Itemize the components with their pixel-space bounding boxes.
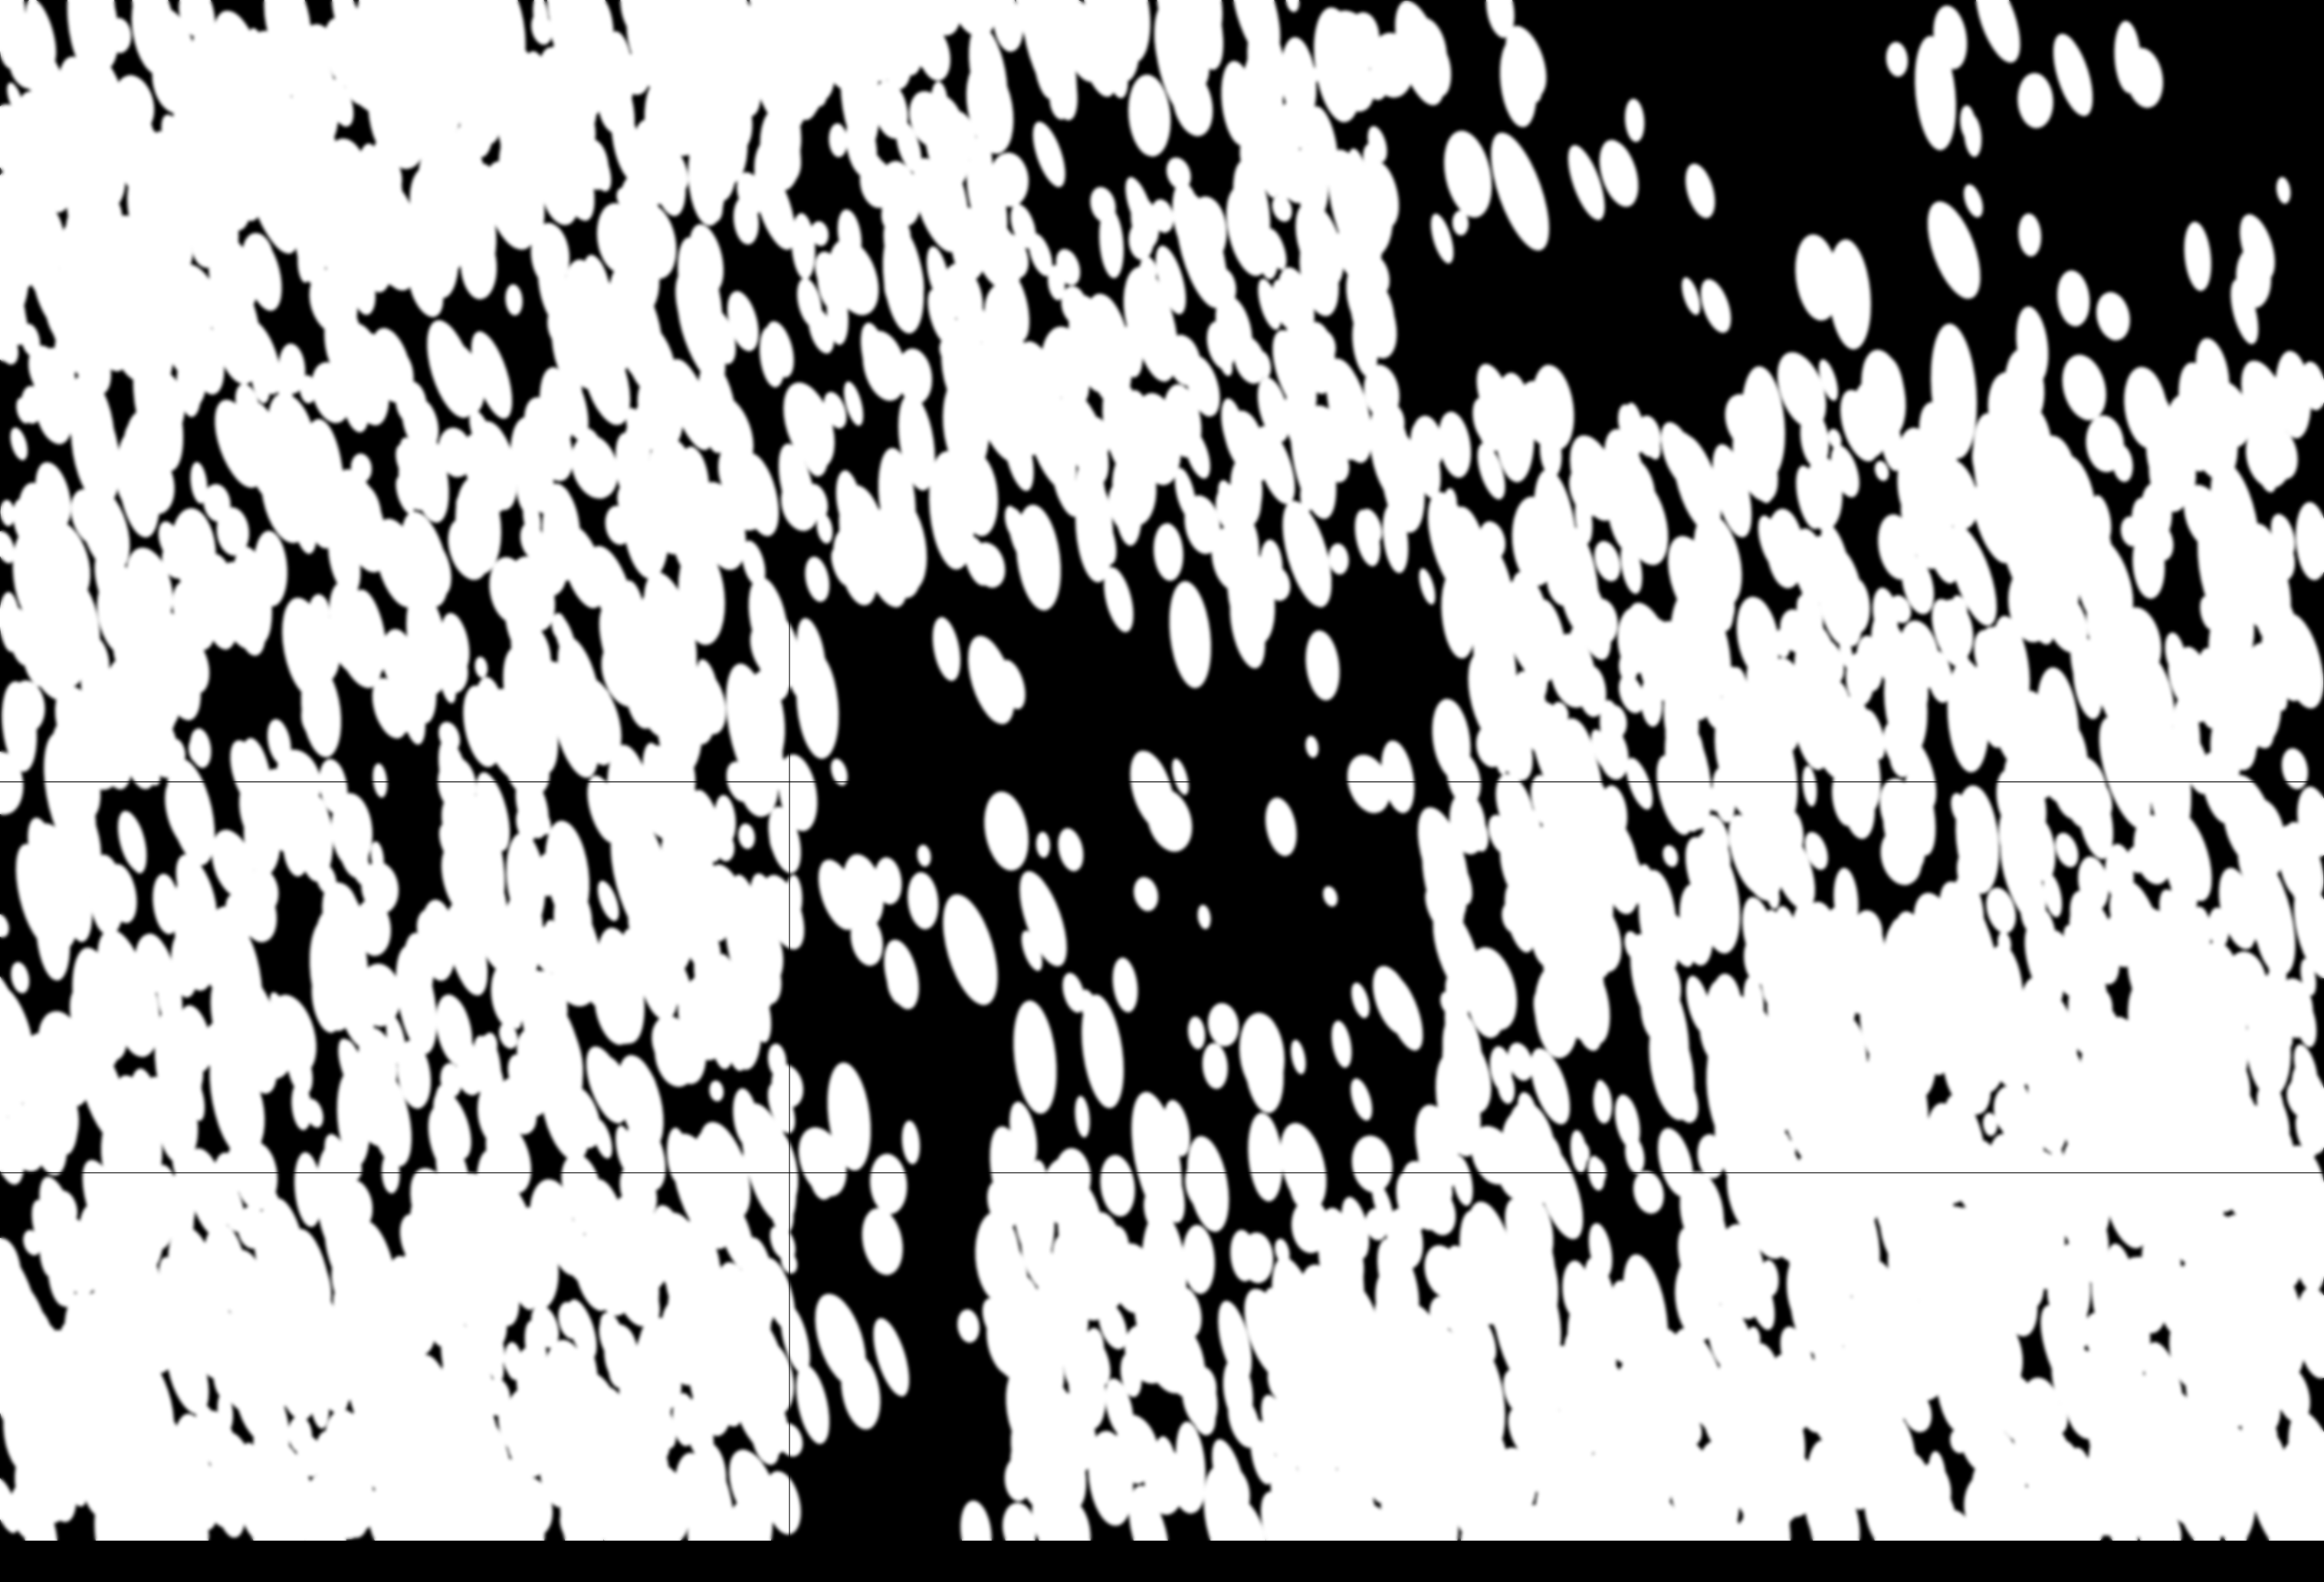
texture-image: High-contrast binarized texture of white… [0,0,2324,1582]
noise-texture-canvas [0,0,2324,1541]
bottom-black-band [0,1541,2324,1582]
